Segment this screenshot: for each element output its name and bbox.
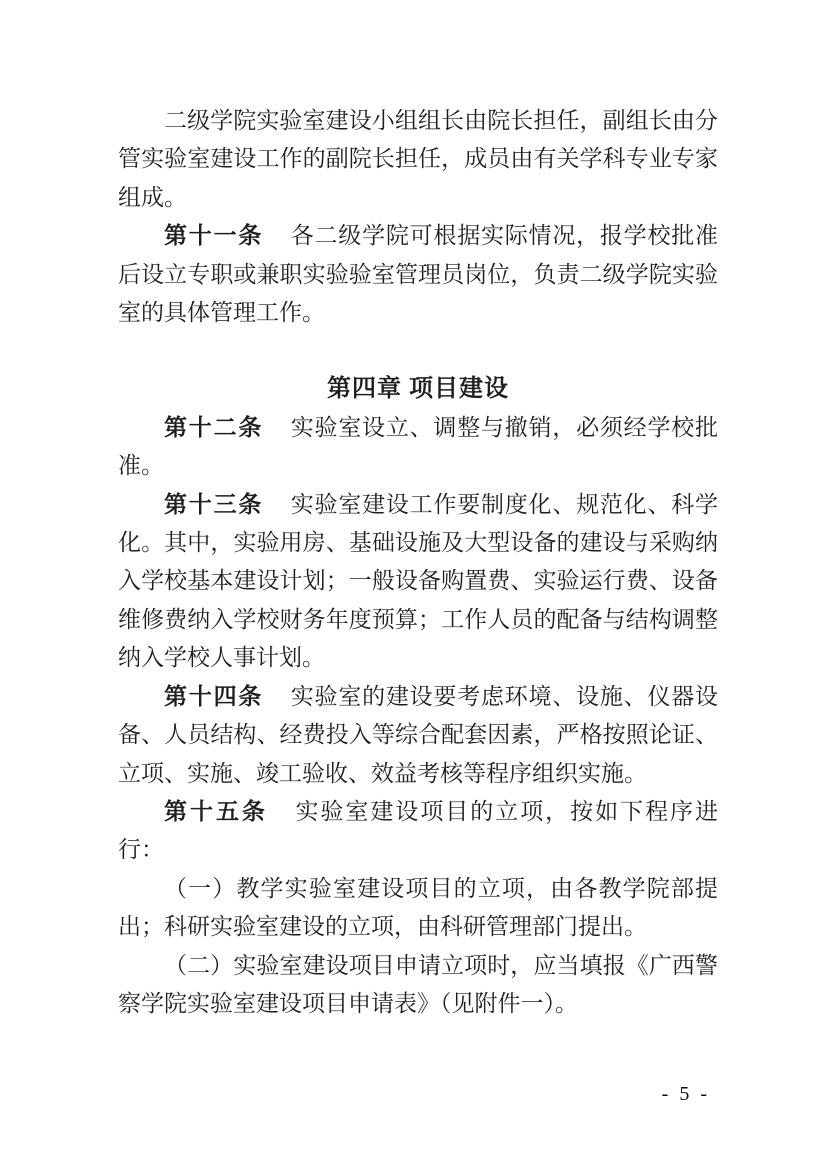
paragraph-text: 实验室建设工作要制度化、规范化、科学化。其中，实验用房、基础设施及大型设备的建设… (118, 492, 718, 671)
chapter-heading: 第四章 项目建设 (118, 370, 718, 408)
page-number: - 5 - (662, 1083, 710, 1106)
body-paragraph: 第十二条实验室设立、调整与撤销，必须经学校批准。 (118, 409, 718, 486)
paragraph-text: 二级学院实验室建设小组组长由院长担任，副组长由分管实验室建设工作的副院长担任，成… (118, 108, 718, 210)
article-number: 第十三条 (164, 492, 263, 517)
body-paragraph: 二级学院实验室建设小组组长由院长担任，副组长由分管实验室建设工作的副院长担任，成… (118, 102, 718, 217)
body-paragraph: （一）教学实验室建设项目的立项，由各教学院部提出；科研实验室建设的立项，由科研管… (118, 870, 718, 947)
body-paragraph: 第十一条各二级学院可根据实际情况，报学校批准后设立专职或兼职实验验室管理员岗位，… (118, 217, 718, 332)
article-number: 第十二条 (164, 415, 263, 440)
article-number: 第十五条 (164, 799, 268, 824)
article-number: 第十四条 (164, 684, 263, 709)
body-paragraph: （二）实验室建设项目申请立项时，应当填报《广西警察学院实验室建设项目申请表》（见… (118, 947, 718, 1024)
paragraph-text: （一）教学实验室建设项目的立项，由各教学院部提出；科研实验室建设的立项，由科研管… (118, 876, 718, 939)
document-content: 二级学院实验室建设小组组长由院长担任，副组长由分管实验室建设工作的副院长担任，成… (118, 102, 718, 1023)
article-number: 第十一条 (164, 223, 263, 248)
body-paragraph: 第十五条实验室建设项目的立项，按如下程序进行： (118, 793, 718, 870)
body-paragraph: 第十四条实验室的建设要考虑环境、设施、仪器设备、人员结构、经费投入等综合配套因素… (118, 678, 718, 793)
body-paragraph: 第十三条实验室建设工作要制度化、规范化、科学化。其中，实验用房、基础设施及大型设… (118, 486, 718, 678)
document-page: 二级学院实验室建设小组组长由院长担任，副组长由分管实验室建设工作的副院长担任，成… (0, 0, 826, 1169)
paragraph-text: （二）实验室建设项目申请立项时，应当填报《广西警察学院实验室建设项目申请表》（见… (118, 953, 718, 1016)
